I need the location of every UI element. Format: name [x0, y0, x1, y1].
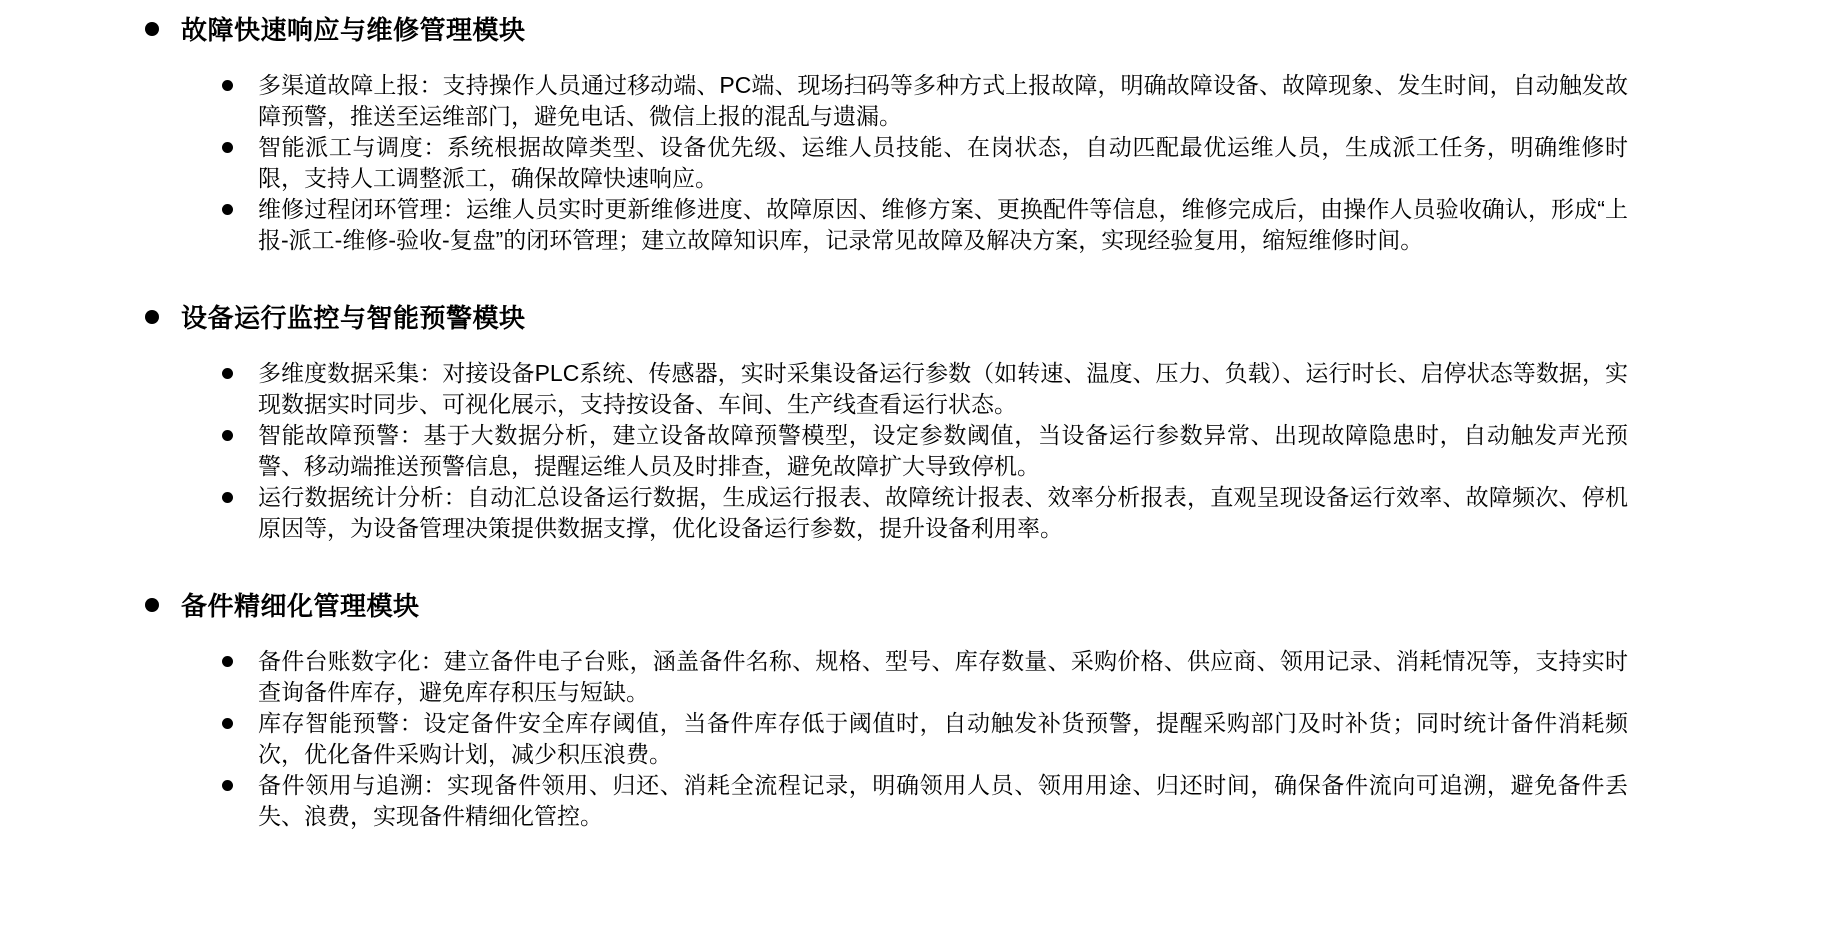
list-item: 多维度数据采集：对接设备PLC系统、传感器，实时采集设备运行参数（如转速、温度、…: [222, 358, 1841, 420]
section-spare-parts: 备件精细化管理模块 备件台账数字化：建立备件电子台账，涵盖备件名称、规格、型号、…: [0, 586, 1841, 832]
sub-bullet-icon: [222, 492, 233, 503]
sub-bullet-icon: [222, 368, 233, 379]
list-item-text: 备件领用与追溯：实现备件领用、归还、消耗全流程记录，明确领用人员、领用用途、归还…: [258, 770, 1628, 832]
list-item: 智能派工与调度：系统根据故障类型、设备优先级、运维人员技能、在岗状态，自动匹配最…: [222, 132, 1841, 194]
section-heading: 设备运行监控与智能预警模块: [145, 298, 1841, 335]
section-title: 故障快速响应与维修管理模块: [181, 10, 526, 47]
bullet-icon: [145, 22, 159, 36]
list-item-text: 库存智能预警：设定备件安全库存阈值，当备件库存低于阈值时，自动触发补货预警，提醒…: [258, 708, 1628, 770]
document-page: 故障快速响应与维修管理模块 多渠道故障上报：支持操作人员通过移动端、PC端、现场…: [0, 0, 1841, 832]
list-item: 备件领用与追溯：实现备件领用、归还、消耗全流程记录，明确领用人员、领用用途、归还…: [222, 770, 1841, 832]
list-item-text: 多渠道故障上报：支持操作人员通过移动端、PC端、现场扫码等多种方式上报故障，明确…: [258, 70, 1628, 132]
section-heading: 故障快速响应与维修管理模块: [145, 10, 1841, 47]
list-item: 库存智能预警：设定备件安全库存阈值，当备件库存低于阈值时，自动触发补货预警，提醒…: [222, 708, 1841, 770]
list-item-text: 运行数据统计分析：自动汇总设备运行数据，生成运行报表、故障统计报表、效率分析报表…: [258, 482, 1628, 544]
bullet-list: 备件台账数字化：建立备件电子台账，涵盖备件名称、规格、型号、库存数量、采购价格、…: [222, 646, 1841, 832]
list-item-text: 智能故障预警：基于大数据分析，建立设备故障预警模型，设定参数阈值，当设备运行参数…: [258, 420, 1628, 482]
list-item-text: 备件台账数字化：建立备件电子台账，涵盖备件名称、规格、型号、库存数量、采购价格、…: [258, 646, 1628, 708]
list-item-text: 维修过程闭环管理：运维人员实时更新维修进度、故障原因、维修方案、更换配件等信息，…: [258, 194, 1628, 256]
list-item: 维修过程闭环管理：运维人员实时更新维修进度、故障原因、维修方案、更换配件等信息，…: [222, 194, 1841, 256]
section-heading: 备件精细化管理模块: [145, 586, 1841, 623]
section-title: 备件精细化管理模块: [181, 586, 420, 623]
section-fault-response: 故障快速响应与维修管理模块 多渠道故障上报：支持操作人员通过移动端、PC端、现场…: [0, 10, 1841, 256]
sub-bullet-icon: [222, 656, 233, 667]
bullet-list: 多维度数据采集：对接设备PLC系统、传感器，实时采集设备运行参数（如转速、温度、…: [222, 358, 1841, 544]
list-item: 运行数据统计分析：自动汇总设备运行数据，生成运行报表、故障统计报表、效率分析报表…: [222, 482, 1841, 544]
sub-bullet-icon: [222, 80, 233, 91]
sub-bullet-icon: [222, 204, 233, 215]
list-item-text: 智能派工与调度：系统根据故障类型、设备优先级、运维人员技能、在岗状态，自动匹配最…: [258, 132, 1628, 194]
sub-bullet-icon: [222, 780, 233, 791]
sub-bullet-icon: [222, 430, 233, 441]
sub-bullet-icon: [222, 718, 233, 729]
list-item: 多渠道故障上报：支持操作人员通过移动端、PC端、现场扫码等多种方式上报故障，明确…: [222, 70, 1841, 132]
list-item: 智能故障预警：基于大数据分析，建立设备故障预警模型，设定参数阈值，当设备运行参数…: [222, 420, 1841, 482]
sub-bullet-icon: [222, 142, 233, 153]
list-item-text: 多维度数据采集：对接设备PLC系统、传感器，实时采集设备运行参数（如转速、温度、…: [258, 358, 1628, 420]
bullet-icon: [145, 310, 159, 324]
list-item: 备件台账数字化：建立备件电子台账，涵盖备件名称、规格、型号、库存数量、采购价格、…: [222, 646, 1841, 708]
bullet-icon: [145, 598, 159, 612]
section-monitoring-warning: 设备运行监控与智能预警模块 多维度数据采集：对接设备PLC系统、传感器，实时采集…: [0, 298, 1841, 544]
section-title: 设备运行监控与智能预警模块: [181, 298, 526, 335]
bullet-list: 多渠道故障上报：支持操作人员通过移动端、PC端、现场扫码等多种方式上报故障，明确…: [222, 70, 1841, 256]
